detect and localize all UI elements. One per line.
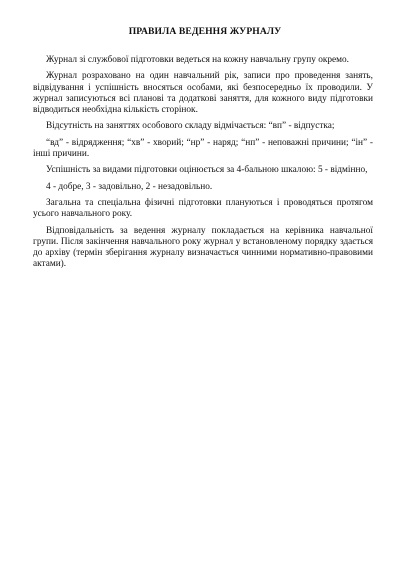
paragraph-responsibility: Відповідальність за ведення журналу покл… — [33, 226, 373, 271]
paragraph-absence-codes: Відсутність на заняттях особового складу… — [33, 121, 373, 132]
paragraph-journal-per-group: Журнал зі службової підготовки ведеться … — [33, 55, 373, 66]
paragraph-grading-scale: Успішність за видами підготовки оцінюєть… — [33, 165, 373, 176]
paragraph-absence-codes-cont: “вд” - відрядження; “хв” - хворий; “нр” … — [33, 138, 373, 161]
document-body: Журнал зі службової підготовки ведеться … — [33, 55, 373, 271]
page-title: ПРАВИЛА ВЕДЕННЯ ЖУРНАЛУ — [0, 26, 410, 37]
paragraph-physical-training: Загальна та спеціальна фізичні підготовк… — [33, 198, 373, 221]
paragraph-grading-scale-cont: 4 - добре, 3 - задовільно, 2 - незадовіл… — [33, 182, 373, 193]
document-page: ПРАВИЛА ВЕДЕННЯ ЖУРНАЛУ Журнал зі службо… — [0, 0, 410, 580]
paragraph-journal-scope: Журнал розраховано на один навчальний рі… — [33, 71, 373, 116]
